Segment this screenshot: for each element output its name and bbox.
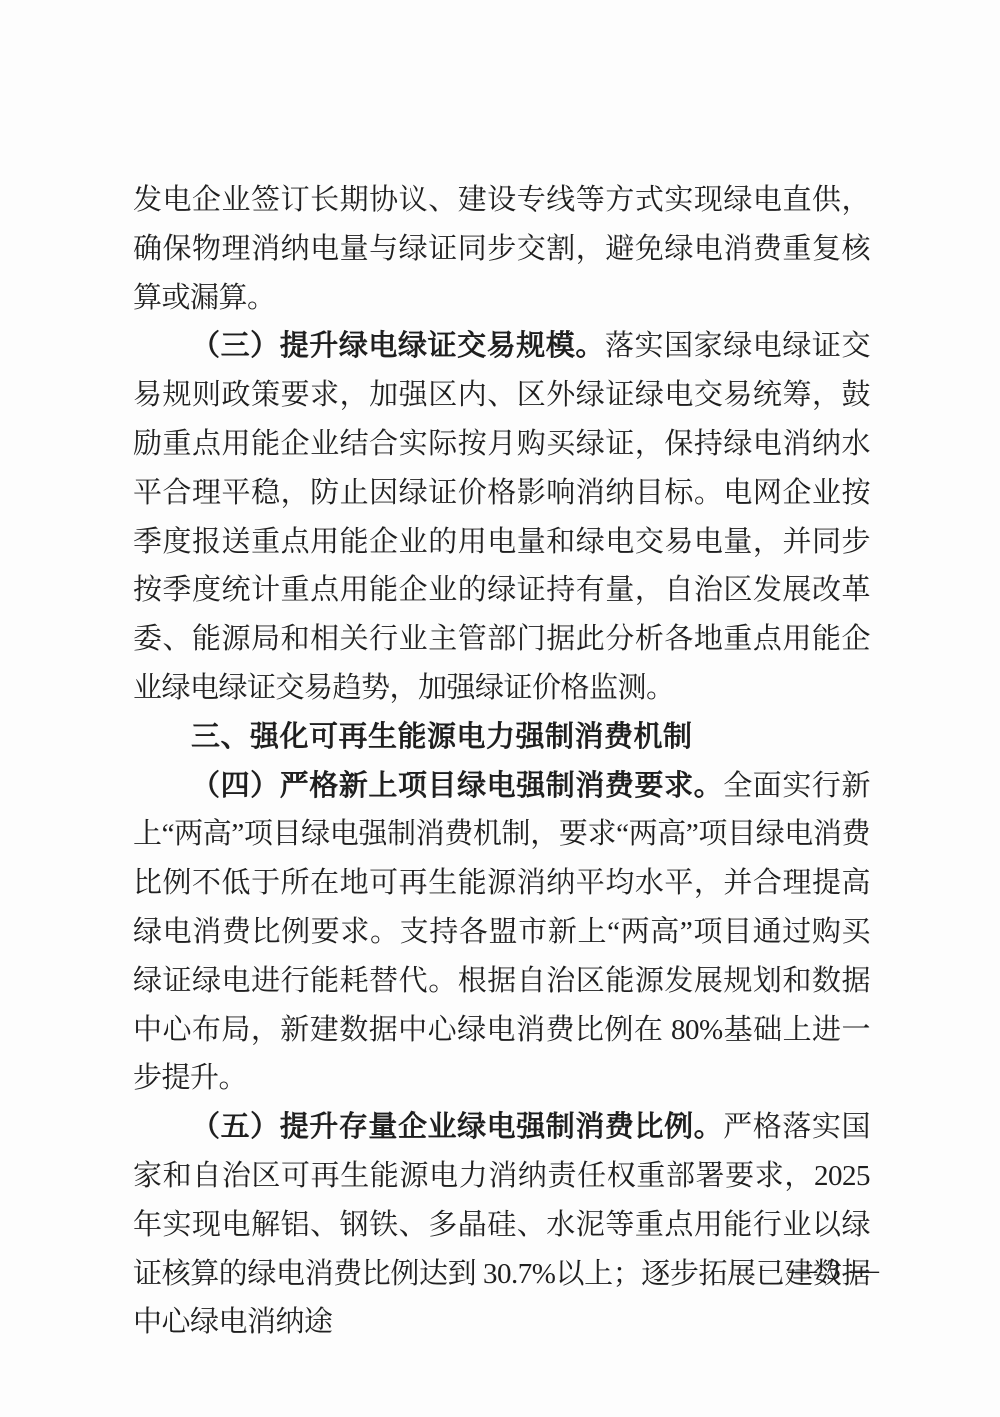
section-heading-three: 三、强化可再生能源电力强制消费机制 (133, 713, 870, 762)
paragraph-item-four: （四）严格新上项目绿电强制消费要求。全面实行新上“两高”项目绿电强制消费机制，要… (133, 762, 870, 1104)
paragraph-lead-bold: （三）提升绿电绿证交易规模。 (191, 330, 605, 362)
paragraph-item-five: （五）提升存量企业绿电强制消费比例。严格落实国家和自治区可再生能源电力消纳责任权… (133, 1103, 870, 1347)
paragraph-lead-bold: （五）提升存量企业绿电强制消费比例。 (191, 1111, 723, 1143)
document-body-text: 发电企业签订长期协议、建设专线等方式实现绿电直供，确保物理消纳电量与绿证同步交割… (133, 176, 870, 1347)
paragraph-item-three: （三）提升绿电绿证交易规模。落实国家绿电绿证交易规则政策要求，加强区内、区外绿证… (133, 322, 870, 712)
document-page: 发电企业签订长期协议、建设专线等方式实现绿电直供，确保物理消纳电量与绿证同步交割… (0, 0, 1000, 1417)
page-number: — 3 — (788, 1252, 880, 1288)
paragraph-text: 发电企业签订长期协议、建设专线等方式实现绿电直供，确保物理消纳电量与绿证同步交割… (133, 184, 870, 314)
paragraph-text: 落实国家绿电绿证交易规则政策要求，加强区内、区外绿证绿电交易统筹，鼓励重点用能企… (133, 330, 870, 704)
paragraph-lead-bold: （四）严格新上项目绿电强制消费要求。 (191, 770, 723, 802)
paragraph-text: 严格落实国家和自治区可再生能源电力消纳责任权重部署要求，2025 年实现电解铝、… (133, 1111, 870, 1338)
paragraph-continuation: 发电企业签订长期协议、建设专线等方式实现绿电直供，确保物理消纳电量与绿证同步交割… (133, 176, 870, 322)
paragraph-text: 全面实行新上“两高”项目绿电强制消费机制，要求“两高”项目绿电消费比例不低于所在… (133, 770, 870, 1095)
